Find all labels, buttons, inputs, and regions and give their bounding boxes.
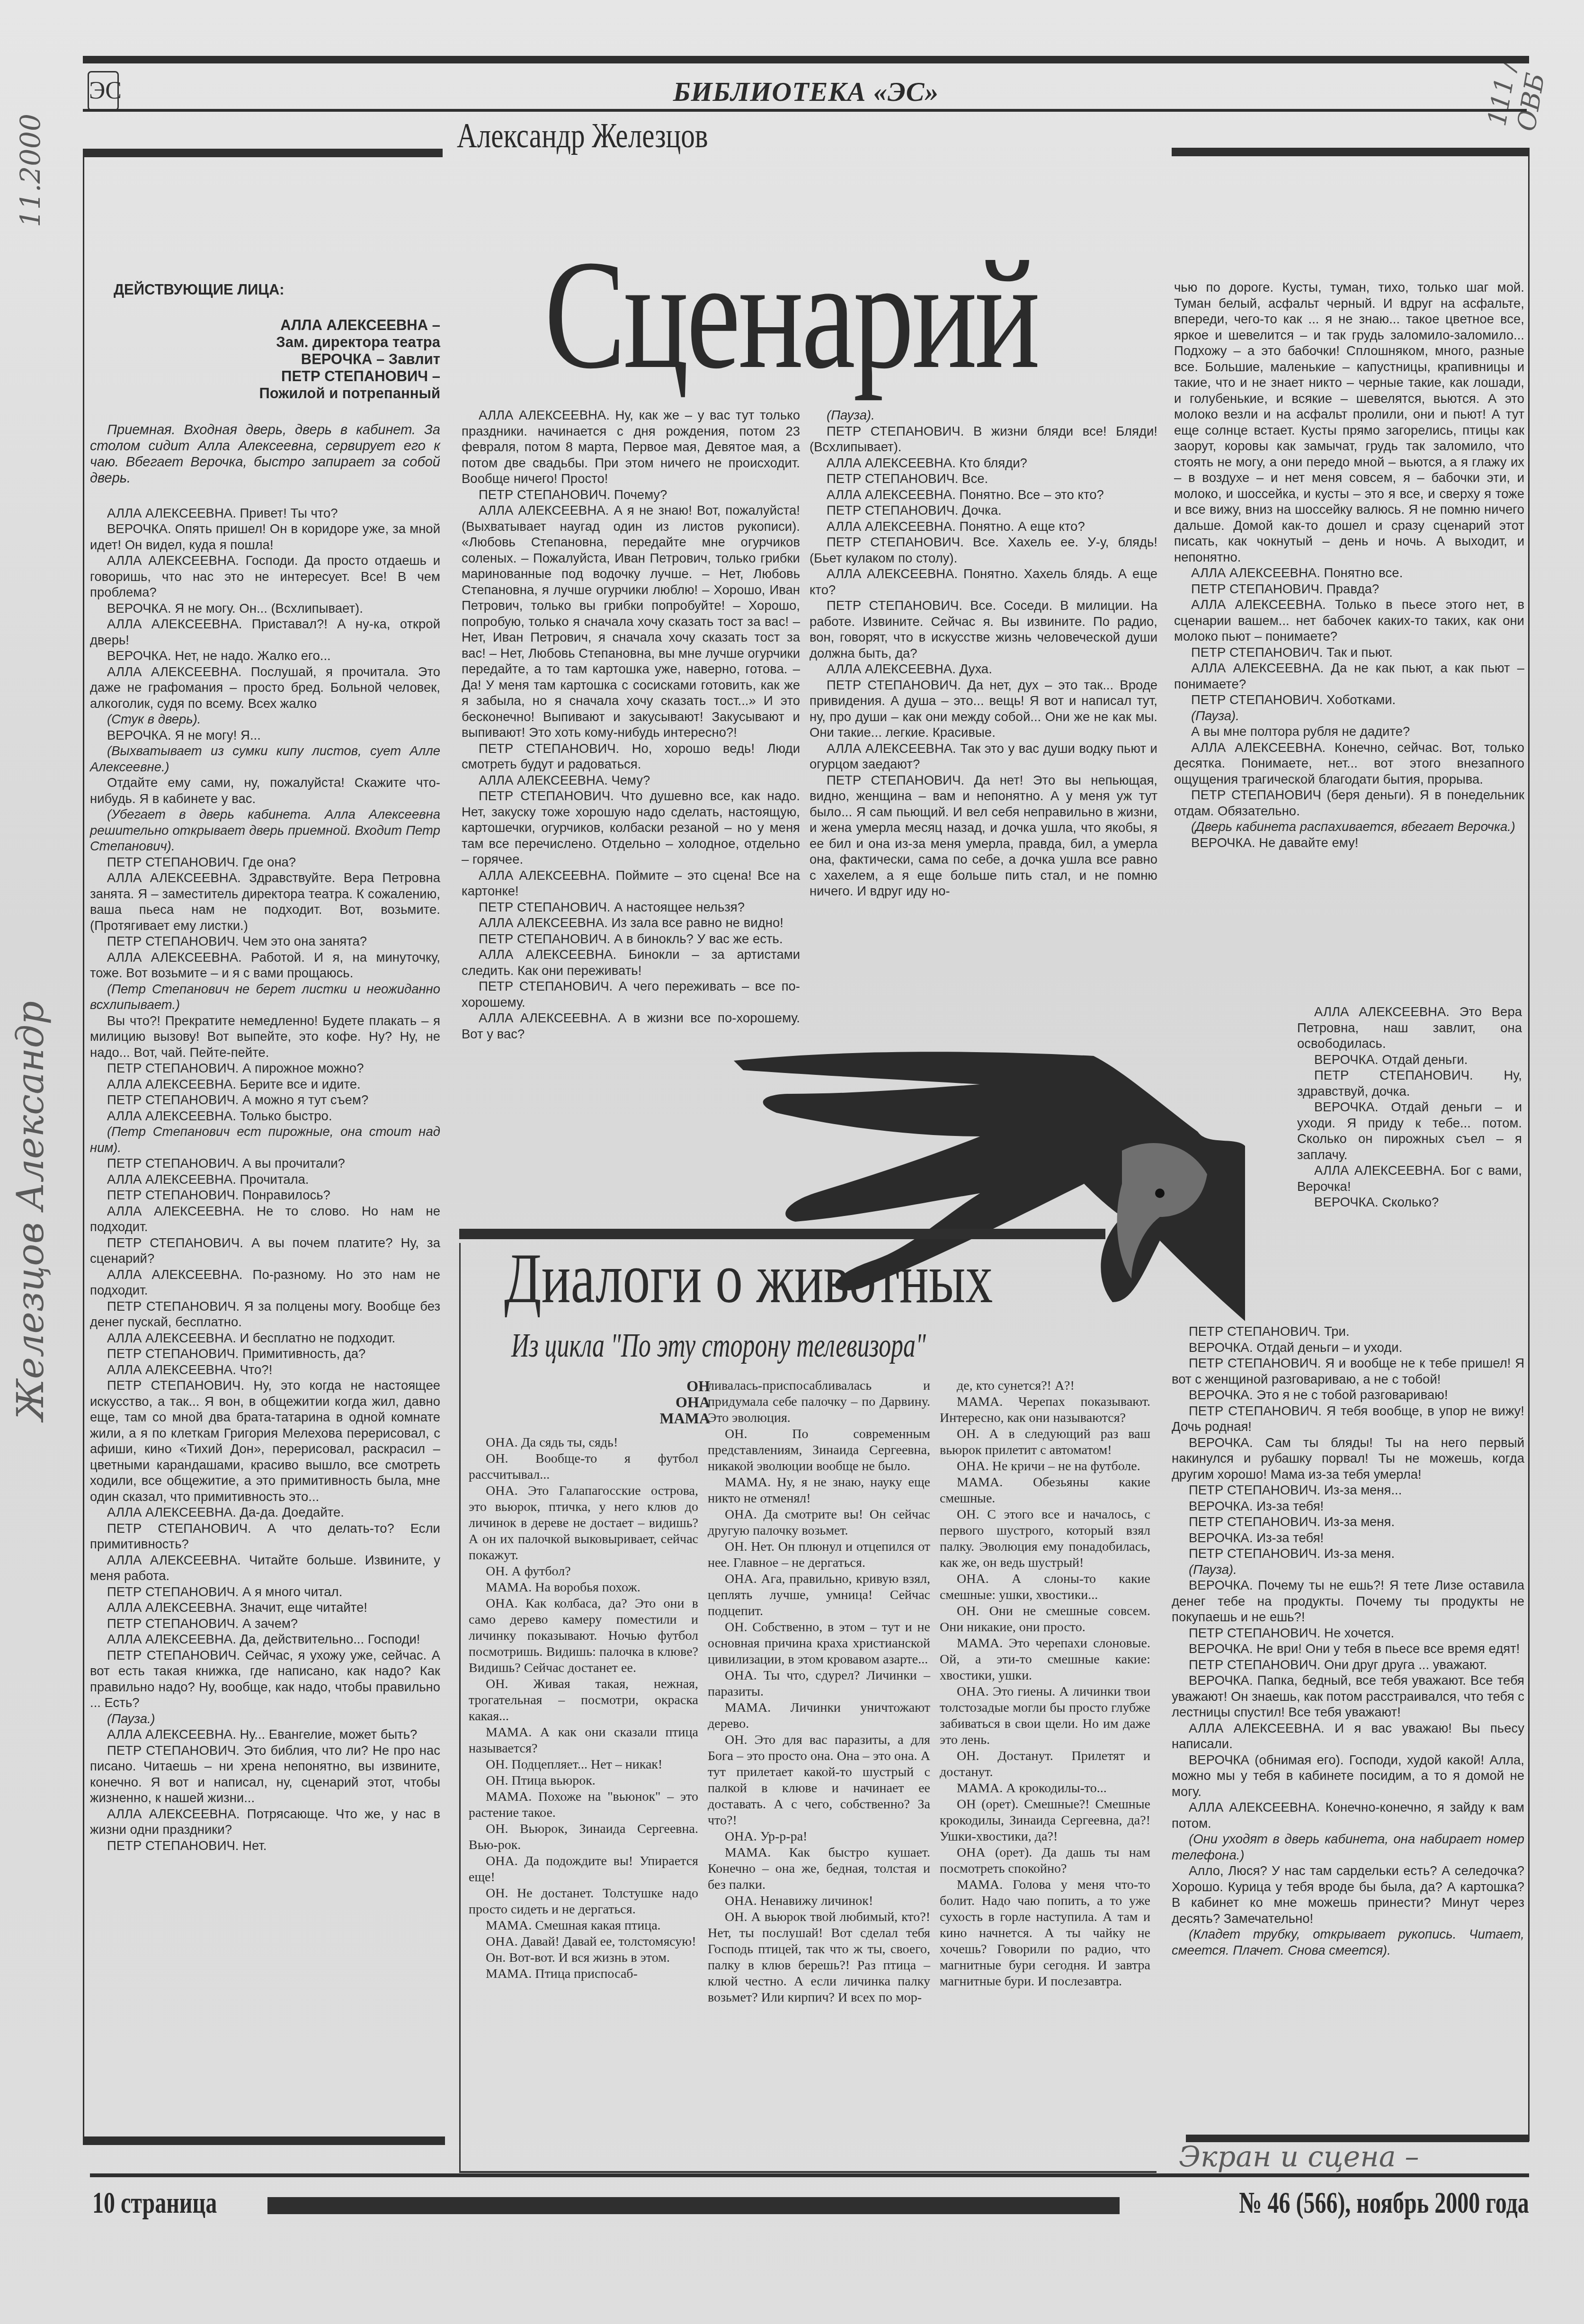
dialogue-line: ВЕРОЧКА. Отдай деньги – и уходи. xyxy=(1172,1340,1524,1356)
dialogue-line: ОН. Нет. Он плюнул и отцепился от нее. Г… xyxy=(708,1539,930,1571)
author-name: Александр Железцов xyxy=(457,116,708,156)
role-item: МАМА xyxy=(502,1410,710,1426)
dialogue-line: АЛЛА АЛЕКСЕЕВНА. Духа. xyxy=(810,661,1157,677)
dialogue-line: АЛЛА АЛЕКСЕЕВНА. Это Вера Петровна, наш … xyxy=(1297,1004,1522,1052)
dialogue-line: ПЕТР СТЕПАНОВИЧ. Но, хорошо ведь! Люди с… xyxy=(462,741,800,772)
cast-item: ВЕРОЧКА – Завлит xyxy=(90,351,440,368)
dialogue-line: АЛЛА АЛЕКСЕЕВНА. Конечно-конечно, я зайд… xyxy=(1172,1799,1524,1831)
dialogue-line: АЛЛА АЛЕКСЕЕВНА. Понятно все. xyxy=(1174,565,1524,581)
dialogue-line: ПЕТР СТЕПАНОВИЧ. А можно я тут съем? xyxy=(90,1092,440,1108)
dialogue-line: ПЕТР СТЕПАНОВИЧ. Где она? xyxy=(90,854,440,870)
dialogue-line: ОН. Птица вьюрок. xyxy=(469,1773,698,1789)
dialogue-line: ВЕРОЧКА. Опять пришел! Он в коридоре уже… xyxy=(90,521,440,553)
dialogue-line: ПЕТР СТЕПАНОВИЧ. А вы почем платите? Ну,… xyxy=(90,1235,440,1267)
dialogue-line: ВЕРОЧКА. Сам ты бляды! Ты на него первый… xyxy=(1172,1435,1524,1483)
dialogue-line: АЛЛА АЛЕКСЕЕВНА. Так это у вас души водк… xyxy=(810,741,1157,772)
dialogue-line: ПЕТР СТЕПАНОВИЧ. Три. xyxy=(1172,1323,1524,1340)
dialogue-line: ПЕТР СТЕПАНОВИЧ. Сейчас, я ухожу уже, се… xyxy=(90,1647,440,1711)
dialogue-line: МАМА. А как они сказали птица называется… xyxy=(469,1725,698,1757)
dialogue-line: Он. Вот-вот. И вся жизнь в этом. xyxy=(469,1950,698,1966)
dialogue-line: ПЕТР СТЕПАНОВИЧ. Из-за меня. xyxy=(1172,1546,1524,1562)
dialogue-line: ОНА. Как колбаса, да? Это они в само дер… xyxy=(469,1596,698,1676)
dialogue-line: ПЕТР СТЕПАНОВИЧ. Из-за меня... xyxy=(1172,1482,1524,1498)
role-item: ОНА xyxy=(502,1394,710,1410)
dialogue-line: ОН. А вьюрок твой любимый, кто?! Нет, ты… xyxy=(708,1909,930,2006)
top-rule xyxy=(83,56,1529,63)
dialogue-line: АЛЛА АЛЕКСЕЕВНА. Берите все и идите. xyxy=(90,1076,440,1092)
handwritten-author-name: Железцов Александр xyxy=(9,1001,52,1421)
dialogue-line: АЛЛА АЛЕКСЕЕВНА. Приставал?! А ну-ка, от… xyxy=(90,616,440,648)
dialogue-line: ПЕТР СТЕПАНОВИЧ. Нет. xyxy=(90,1838,440,1854)
dialogue-line: АЛЛА АЛЕКСЕЕВНА. Понятно. Все – это кто? xyxy=(810,487,1157,503)
dialogue-line: ПЕТР СТЕПАНОВИЧ. Не хочется. xyxy=(1172,1625,1524,1641)
dialogue-line: ПЕТР СТЕПАНОВИЧ. Все. Соседи. В милиции.… xyxy=(810,598,1157,661)
dialogue-line: ПЕТР СТЕПАНОВИЧ. Ну, это когда не настоя… xyxy=(90,1377,440,1504)
dialogue-line: МАМА. Личинки уничтожают дерево. xyxy=(708,1700,930,1732)
dialogue-line: (Пауза). xyxy=(1174,708,1524,724)
dialogue-line: АЛЛА АЛЕКСЕЕВНА. Работой. И я, на минуто… xyxy=(90,949,440,981)
dialogue-line: АЛЛА АЛЕКСЕЕВНА. Только в пьесе этого не… xyxy=(1174,597,1524,644)
dialogue-line: (Петр Степанович не берет листки и неожи… xyxy=(90,981,440,1013)
dialogue-col1: АЛЛА АЛЕКСЕЕВНА. Привет! Ты что?ВЕРОЧКА.… xyxy=(90,505,440,1854)
dialogue-line: АЛЛА АЛЕКСЕЕВНА. Прочитала. xyxy=(90,1171,440,1188)
dialogue-line: ПЕТР СТЕПАНОВИЧ (беря деньги). Я в понед… xyxy=(1174,787,1524,819)
issue-info: № 46 (566), ноябрь 2000 года xyxy=(1239,2185,1529,2220)
dialogue-line: Вы что?! Прекратите немедленно! Будете п… xyxy=(90,1013,440,1061)
dialogue-line: ВЕРОЧКА. Я не могу! Я... xyxy=(90,727,440,743)
dialogue-line: АЛЛА АЛЕКСЕЕВНА. Потрясающе. Что же, у н… xyxy=(90,1806,440,1838)
dialogue-line: ПЕТР СТЕПАНОВИЧ. Да нет! Это вы непьющая… xyxy=(810,772,1157,899)
dialogue-line: АЛЛА АЛЕКСЕЕВНА. Да, действительно... Го… xyxy=(90,1631,440,1647)
dialogue-line: де, кто сунется?! А?! xyxy=(940,1378,1150,1394)
dialogue-line: ВЕРОЧКА. Из-за тебя! xyxy=(1172,1530,1524,1546)
dialogue-line: АЛЛА АЛЕКСЕЕВНА. Поймите – это сцена! Вс… xyxy=(462,867,800,899)
dialogue-line: ПЕТР СТЕПАНОВИЧ. Из-за меня. xyxy=(1172,1514,1524,1530)
cast-item: Пожилой и потрепанный xyxy=(90,385,440,402)
dialogue-line: АЛЛА АЛЕКСЕЕВНА. И я вас уважаю! Вы пьес… xyxy=(1172,1720,1524,1752)
dialogue-line: ВЕРОЧКА. Отдай деньги – и уходи. Я приду… xyxy=(1297,1099,1522,1162)
dialogue-line: ПЕТР СТЕПАНОВИЧ. Почему? xyxy=(462,487,800,503)
dialogue-line: ПЕТР СТЕПАНОВИЧ. Все. Хахель ее. У-у, бл… xyxy=(810,534,1157,566)
dialogue-line: ВЕРОЧКА. Отдай деньги. xyxy=(1297,1052,1522,1068)
dialogue-line: АЛЛА АЛЕКСЕЕВНА. Из зала все равно не ви… xyxy=(462,915,800,931)
dialogue-line: ОН. Это для вас паразиты, а для Бога – э… xyxy=(708,1732,930,1829)
dialogue-line: ОН. Не достанет. Толстушке надо просто с… xyxy=(469,1886,698,1918)
dialogue-line: (Петр Степанович ест пирожные, она стоит… xyxy=(90,1124,440,1155)
dialogue-line: (Пауза.) xyxy=(90,1711,440,1727)
dialogue-line: МАМА. Птица приспосаб- xyxy=(469,1966,698,1982)
dialogue-line: ПЕТР СТЕПАНОВИЧ. А в бинокль? У вас же е… xyxy=(462,931,800,947)
dialogue-line: ПЕТР СТЕПАНОВИЧ. Что душевно все, как на… xyxy=(462,788,800,867)
right-column-right-border xyxy=(1528,148,1530,2141)
dialogue-line: ОНА. Ты что, сдурел? Личинки – паразиты. xyxy=(708,1668,930,1700)
dialogue-line: ОН. Они не смешные совсем. Они никакие, … xyxy=(940,1603,1150,1636)
dialogue-line: ОНА (орет). Да дашь ты нам посмотреть сп… xyxy=(940,1845,1150,1877)
dialogues-title: Диалоги о животных xyxy=(504,1243,993,1314)
column-4-wrap-around-eagle: АЛЛА АЛЕКСЕЕВНА. Это Вера Петровна, наш … xyxy=(1297,1004,1522,1210)
cast-item: ПЕТР СТЕПАНОВИЧ – xyxy=(90,368,440,385)
dialogue-line: ПЕТР СТЕПАНОВИЧ. А я много читал. xyxy=(90,1584,440,1600)
dialogue-line: ПЕТР СТЕПАНОВИЧ. А зачем? xyxy=(90,1616,440,1632)
dialogue-line: АЛЛА АЛЕКСЕЕВНА. Да не как пьют, а как п… xyxy=(1174,660,1524,692)
dialogue-line: ОНА. Это гиены. А личинки твои толстозад… xyxy=(940,1684,1150,1748)
dialogue-line: (Убегает в дверь кабинета. Алла Алексеев… xyxy=(90,806,440,854)
dialogue-line: А вы мне полтора рубля не дадите? xyxy=(1174,724,1524,740)
dialogue-line: АЛЛА АЛЕКСЕЕВНА. Понятно. А еще кто? xyxy=(810,518,1157,535)
dialogue-line: ОНА. А слоны-то какие смешные: ушки, хво… xyxy=(940,1571,1150,1603)
dialogues-column-1: ОНА. Да сядь ты, сядь!ОН. Вообще-то я фу… xyxy=(469,1435,698,1982)
dialogue-line: ОН. Вьюрок, Зинаида Сергеевна. Вью-рок. xyxy=(469,1821,698,1853)
dialogue-line: МАМА. На воробья похож. xyxy=(469,1580,698,1596)
dialogue-line: ОНА. Да подождите вы! Упирается еще! xyxy=(469,1853,698,1886)
dialogue-line: МАМА. А крокодилы-то... xyxy=(940,1780,1150,1797)
dialogues-column-2: ливалась-приспосабливалась и придумала с… xyxy=(708,1378,930,2006)
column-4-end: ПЕТР СТЕПАНОВИЧ. Три.ВЕРОЧКА. Отдай день… xyxy=(1172,1323,1524,1958)
dialogue-line: ОНА. Да смотрите вы! Он сейчас другую па… xyxy=(708,1507,930,1539)
dialogue-line: ПЕТР СТЕПАНОВИЧ. Я тебя вообще, в упор н… xyxy=(1172,1403,1524,1435)
page-number: 10 страница xyxy=(92,2185,217,2220)
dialogue-line: АЛЛА АЛЕКСЕЕВНА. Понятно. Хахель блядь. … xyxy=(810,566,1157,598)
right-column-bottom-bar xyxy=(1186,2135,1529,2142)
dialogue-line: ПЕТР СТЕПАНОВИЧ. Так и пьют. xyxy=(1174,644,1524,661)
role-item: ОН xyxy=(502,1378,710,1394)
dialogue-line: ПЕТР СТЕПАНОВИЧ. Примитивность, да? xyxy=(90,1346,440,1362)
dialogue-line: (Кладет трубку, открывает рукопись. Чита… xyxy=(1172,1926,1524,1958)
dialogues-subtitle: Из цикла "По эту сторону телевизора" xyxy=(511,1326,926,1365)
dialogue-line: ВЕРОЧКА. Папка, бедный, все тебя уважают… xyxy=(1172,1672,1524,1720)
dialogue-line: АЛЛА АЛЕКСЕЕВНА. Ну... Евангелие, может … xyxy=(90,1726,440,1743)
dialogue-line: ПЕТР СТЕПАНОВИЧ. Это библия, что ли? Не … xyxy=(90,1743,440,1806)
dialogue-line: ВЕРОЧКА. Из-за тебя! xyxy=(1172,1498,1524,1514)
dialogue-line: ОН. С этого все и началось, с первого шу… xyxy=(940,1507,1150,1571)
dialogue-line: АЛЛА АЛЕКСЕЕВНА. Конечно, сейчас. Вот, т… xyxy=(1174,740,1524,787)
dialogue-line: АЛЛА АЛЕКСЕЕВНА. Значит, еще читайте! xyxy=(90,1600,440,1616)
dialogue-line: ОНА. Давай! Давай ее, толстомясую! xyxy=(469,1934,698,1950)
dialogue-line: ВЕРОЧКА. Почему ты не ешь?! Я тете Лизе … xyxy=(1172,1577,1524,1625)
column-4: чью по дороге. Кусты, туман, тихо, тольк… xyxy=(1174,279,1524,850)
dialogue-line: ОНА. Ага, правильно, кривую взял, цеплят… xyxy=(708,1571,930,1619)
dialogue-line: ОН. А в следующий раз ваш вьюрок прилети… xyxy=(940,1426,1150,1458)
dialogue-line: Отдайте ему сами, ну, пожалуйста! Скажит… xyxy=(90,775,440,806)
dialogue-line: ОН. Достанут. Прилетят и достанут. xyxy=(940,1748,1150,1780)
dialogue-line: АЛЛА АЛЕКСЕЕВНА. Привет! Ты что? xyxy=(90,505,440,521)
dialogue-line: ОН. Живая такая, нежная, трогательная – … xyxy=(469,1676,698,1725)
dialogue-line: ПЕТР СТЕПАНОВИЧ. Я за полцены могу. Вооб… xyxy=(90,1298,440,1330)
dialogue-line: ПЕТР СТЕПАНОВИЧ. Они друг друга ... уваж… xyxy=(1172,1657,1524,1673)
dialogue-line: ПЕТР СТЕПАНОВИЧ. Хоботками. xyxy=(1174,692,1524,708)
dialogue-line: ПЕТР СТЕПАНОВИЧ. Дочка. xyxy=(810,502,1157,518)
article-title: Сценарий xyxy=(544,237,1038,393)
dialogue-line: (Они уходят в дверь кабинета, она набира… xyxy=(1172,1831,1524,1863)
dialogues-column-3: де, кто сунется?! А?!МАМА. Черепах показ… xyxy=(940,1378,1150,1990)
dialogue-line: АЛЛА АЛЕКСЕЕВНА. По-разному. Но это нам … xyxy=(90,1267,440,1298)
column-3: (Пауза).ПЕТР СТЕПАНОВИЧ. В жизни бляди в… xyxy=(810,407,1157,899)
dialogue-line: ОНА. Ненавижу личинок! xyxy=(708,1893,930,1909)
dialogue-line: ПЕТР СТЕПАНОВИЧ. А пирожное можно? xyxy=(90,1060,440,1076)
cast-item: АЛЛА АЛЕКСЕЕВНА – xyxy=(90,317,440,334)
dialogue-line: МАМА. Как быстро кушает. Конечно – она ж… xyxy=(708,1845,930,1893)
dialogue-line: ОНА. Не кричи – не на футболе. xyxy=(940,1458,1150,1475)
right-column-top-bar xyxy=(1172,148,1529,156)
handwritten-date: 11.2000 xyxy=(14,114,46,227)
dialogue-line: ПЕТР СТЕПАНОВИЧ. Все. xyxy=(810,471,1157,487)
dialogue-line: ВЕРОЧКА (обнимая его). Господи, худой ка… xyxy=(1172,1752,1524,1800)
dialogue-line: ПЕТР СТЕПАНОВИЧ. Ну, здравствуй, дочка. xyxy=(1297,1067,1522,1099)
dialogue-line: ПЕТР СТЕПАНОВИЧ. Да нет, дух – это так..… xyxy=(810,677,1157,741)
left-column-left-border xyxy=(83,156,84,2140)
dialogue-line: АЛЛА АЛЕКСЕЕВНА. Бинокли – за артистами … xyxy=(462,947,800,978)
cast-heading: ДЕЙСТВУЮЩИЕ ЛИЦА: xyxy=(114,282,440,298)
dialogue-line: МАМА. Черепах показывают. Интересно, как… xyxy=(940,1394,1150,1426)
dialogue-line: АЛЛА АЛЕКСЕЕВНА. Что?! xyxy=(90,1362,440,1378)
dialogue-line: АЛЛА АЛЕКСЕЕВНА. А я не знаю! Вот, пожал… xyxy=(462,502,800,741)
dialogue-line: ВЕРОЧКА. Не ври! Они у тебя в пьесе все … xyxy=(1172,1641,1524,1657)
dialogue-line: ВЕРОЧКА. Сколько? xyxy=(1297,1194,1522,1210)
left-column-top-bar xyxy=(83,149,443,157)
dialogue-line: ПЕТР СТЕПАНОВИЧ. А настоящее нельзя? xyxy=(462,899,800,915)
left-column-bottom-bar xyxy=(83,2136,445,2145)
dialogue-line: (Выхватывает из сумки кипу листов, сует … xyxy=(90,743,440,775)
dialogue-line: МАМА. Ну, я не знаю, науку еще никто не … xyxy=(708,1475,930,1507)
dialogue-line: АЛЛА АЛЕКСЕЕВНА. Чему? xyxy=(462,772,800,788)
dialogue-line: ОН. Собственно, в этом – тут и не основн… xyxy=(708,1619,930,1668)
column-2: АЛЛА АЛЕКСЕЕВНА. Ну, как же – у вас тут … xyxy=(462,407,800,1042)
dialogue-line: ВЕРОЧКА. Не давайте ему! xyxy=(1174,835,1524,851)
dialogue-line: ПЕТР СТЕПАНОВИЧ. Чем это она занята? xyxy=(90,933,440,949)
dialogue-line: АЛЛА АЛЕКСЕЕВНА. Не то слово. Но нам не … xyxy=(90,1203,440,1235)
dialogue-line: ПЕТР СТЕПАНОВИЧ. Понравилось? xyxy=(90,1187,440,1203)
dialogue-line: АЛЛА АЛЕКСЕЕВНА. Только быстро. xyxy=(90,1108,440,1124)
dialogues-roles: ОН ОНА МАМА xyxy=(502,1378,710,1426)
dialogue-line: ОНА. Это Галапагосские острова, это вьюр… xyxy=(469,1483,698,1564)
footer-top-rule xyxy=(90,2173,1529,2177)
dialogue-line: ОН (орет). Смешные?! Смешные крокодилы, … xyxy=(940,1797,1150,1845)
dialogue-line: АЛЛА АЛЕКСЕЕВНА. Бог с вами, Верочка! xyxy=(1297,1162,1522,1194)
dialogue-line: АЛЛА АЛЕКСЕЕВНА. Господи. Да просто отда… xyxy=(90,553,440,600)
section-title: БИБЛИОТЕКА «ЭС» xyxy=(83,76,1529,107)
dialogue-line: ОН. А футбол? xyxy=(469,1564,698,1580)
cast-item: Зам. директора театра xyxy=(90,334,440,351)
dialogue-line: ПЕТР СТЕПАНОВИЧ. Я и вообще не к тебе пр… xyxy=(1172,1355,1524,1387)
dialogue-line: ОН. Вообще-то я футбол рассчитывал... xyxy=(469,1451,698,1483)
dialogue-line: ПЕТР СТЕПАНОВИЧ. А что делать-то? Если п… xyxy=(90,1520,440,1552)
dialogue-line: ПЕТР СТЕПАНОВИЧ. А вы прочитали? xyxy=(90,1155,440,1171)
dialogue-line: ОН. По современным представлениям, Зинаи… xyxy=(708,1426,930,1475)
dialogue-line: МАМА. Обезьяны какие смешные. xyxy=(940,1475,1150,1507)
dialogue-line: АЛЛА АЛЕКСЕЕВНА. Кто бляди? xyxy=(810,455,1157,471)
masthead-bottom-rule xyxy=(83,109,1527,112)
dialogue-line: чью по дороге. Кусты, туман, тихо, тольк… xyxy=(1174,279,1524,565)
dialogue-line: (Дверь кабинета распахивается, вбегает В… xyxy=(1174,819,1524,835)
dialogue-line: ВЕРОЧКА. Это я не с тобой разговариваю! xyxy=(1172,1387,1524,1403)
dialogue-line: АЛЛА АЛЕКСЕЕВНА. Да-да. Доедайте. xyxy=(90,1504,440,1520)
cast-list: АЛЛА АЛЕКСЕЕВНА – Зам. директора театра … xyxy=(90,317,440,402)
masthead: ЭС БИБЛИОТЕКА «ЭС» xyxy=(83,71,1529,109)
dialogue-line: АЛЛА АЛЕКСЕЕВНА. Здравствуйте. Вера Петр… xyxy=(90,870,440,933)
dialogue-line: (Пауза). xyxy=(1172,1562,1524,1578)
dialogue-line: АЛЛА АЛЕКСЕЕВНА. Читайте больше. Извинит… xyxy=(90,1552,440,1584)
dialogue-line: ВЕРОЧКА. Нет, не надо. Жалко его... xyxy=(90,648,440,664)
dialogue-line: ПЕТР СТЕПАНОВИЧ. В жизни бляди все! Бляд… xyxy=(810,423,1157,455)
dialogues-top-bar xyxy=(459,1229,1105,1239)
dialogue-line: МАМА. Голова у меня что-то болит. Надо ч… xyxy=(940,1877,1150,1990)
dialogue-line: АЛЛА АЛЕКСЕЕВНА. Послушай, я прочитала. … xyxy=(90,664,440,712)
handwritten-source-note: Экран и сцена – xyxy=(1179,2140,1419,2173)
dialogue-line: ОН. Подцепляет... Нет – никак! xyxy=(469,1757,698,1773)
dialogue-line: ОНА. Ур-р-ра! xyxy=(708,1829,930,1845)
dialogue-line: ливалась-приспосабливалась и придумала с… xyxy=(708,1378,930,1426)
opening-stage-direction: Приемная. Входная дверь, дверь в кабинет… xyxy=(90,422,440,486)
dialogue-line: (Пауза). xyxy=(810,407,1157,423)
dialogue-line: МАМА. Похоже на "вьюнок" – это растение … xyxy=(469,1789,698,1821)
dialogue-line: (Стук в дверь). xyxy=(90,711,440,727)
dialogue-line: АЛЛА АЛЕКСЕЕВНА. И бесплатно не подходит… xyxy=(90,1330,440,1346)
column-1: ДЕЙСТВУЮЩИЕ ЛИЦА: АЛЛА АЛЕКСЕЕВНА – Зам.… xyxy=(90,282,440,1853)
dialogue-line: ОНА. Да сядь ты, сядь! xyxy=(469,1435,698,1451)
dialogue-line: ПЕТР СТЕПАНОВИЧ. Правда? xyxy=(1174,581,1524,597)
dialogue-line: АЛЛА АЛЕКСЕЕВНА. Ну, как же – у вас тут … xyxy=(462,407,800,487)
dialogue-line: ВЕРОЧКА. Я не могу. Он... (Всхлипывает). xyxy=(90,600,440,617)
dialogue-line: МАМА. Это черепахи слоновые. Ой, а эти-т… xyxy=(940,1636,1150,1684)
dialogue-line: МАМА. Смешная какая птица. xyxy=(469,1918,698,1934)
footer-bar xyxy=(267,2197,1120,2214)
dialogue-line: Алло, Люся? У нас там сардельки есть? А … xyxy=(1172,1863,1524,1926)
